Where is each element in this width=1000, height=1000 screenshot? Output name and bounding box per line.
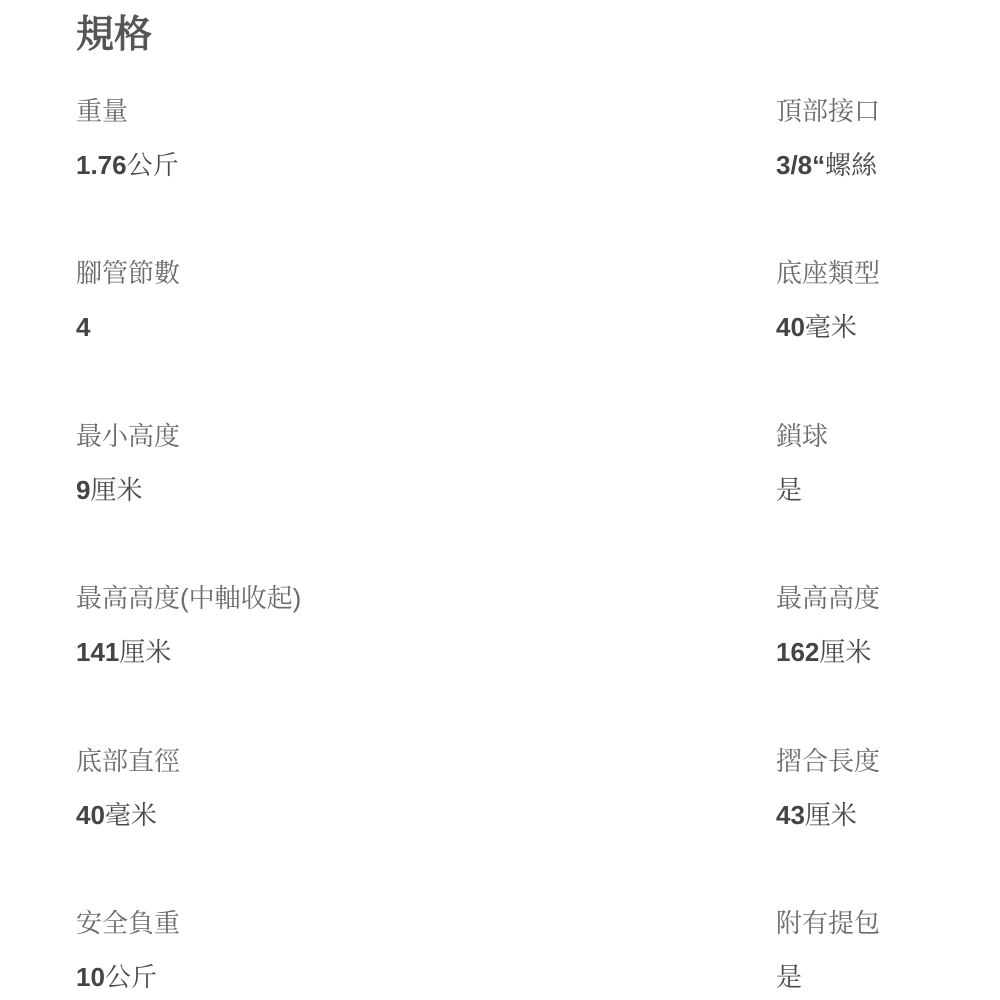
spec-value-number: 40 [76, 800, 105, 830]
spec-value: 162厘米 [776, 635, 880, 669]
spec-value-unit: 厘米 [90, 475, 142, 505]
spec-value-number: 4 [76, 312, 90, 342]
spec-value: 9厘米 [76, 473, 180, 507]
spec-value-number: 10 [76, 962, 105, 992]
spec-value: 1.76公斤 [76, 148, 179, 182]
spec-carry-bag-included: 附有提包 是 [776, 906, 880, 994]
spec-label: 底座類型 [776, 256, 880, 290]
spec-value-unit: 厘米 [119, 637, 171, 667]
spec-label: 最小高度 [76, 419, 180, 453]
spec-label: 鎖球 [776, 419, 828, 453]
spec-max-height-column-retracted: 最高高度(中軸收起) 141厘米 [76, 581, 301, 669]
spec-value: 40毫米 [776, 310, 880, 344]
spec-min-height: 最小高度 9厘米 [76, 419, 180, 507]
spec-safe-load: 安全負重 10公斤 [76, 906, 180, 994]
spec-value: 是 [776, 960, 880, 994]
spec-ball-lock: 鎖球 是 [776, 419, 828, 507]
spec-value-unit: 毫米 [105, 800, 157, 830]
spec-top-mount: 頂部接口 3/8“螺絲 [776, 94, 880, 182]
spec-value: 是 [776, 473, 828, 507]
spec-value-number: 1.76 [76, 150, 127, 180]
spec-value-unit: 是 [776, 475, 802, 505]
spec-base-type: 底座類型 40毫米 [776, 256, 880, 344]
spec-value-unit: 厘米 [805, 800, 857, 830]
spec-value-number: 141 [76, 637, 119, 667]
spec-value-unit: 是 [776, 962, 802, 992]
spec-label: 重量 [76, 94, 179, 128]
spec-label: 附有提包 [776, 906, 880, 940]
spec-value: 3/8“螺絲 [776, 148, 880, 182]
spec-value: 4 [76, 310, 180, 344]
spec-weight: 重量 1.76公斤 [76, 94, 179, 182]
spec-label: 摺合長度 [776, 744, 880, 778]
spec-value-number: 9 [76, 475, 90, 505]
spec-label: 最高高度(中軸收起) [76, 581, 301, 615]
spec-value-unit: 螺絲 [825, 150, 877, 180]
spec-max-height: 最高高度 162厘米 [776, 581, 880, 669]
page-title: 規格 [76, 10, 152, 60]
spec-label: 頂部接口 [776, 94, 880, 128]
spec-value-unit: 毫米 [805, 312, 857, 342]
spec-value-number: 3/8“ [776, 150, 825, 180]
spec-value-number: 40 [776, 312, 805, 342]
spec-label: 腳管節數 [76, 256, 180, 290]
spec-value-number: 162 [776, 637, 819, 667]
spec-folded-length: 摺合長度 43厘米 [776, 744, 880, 832]
spec-label: 最高高度 [776, 581, 880, 615]
spec-value: 10公斤 [76, 960, 180, 994]
spec-value: 141厘米 [76, 635, 301, 669]
spec-value: 40毫米 [76, 798, 180, 832]
spec-leg-sections: 腳管節數 4 [76, 256, 180, 344]
spec-label: 底部直徑 [76, 744, 180, 778]
spec-label: 安全負重 [76, 906, 180, 940]
spec-value: 43厘米 [776, 798, 880, 832]
spec-value-unit: 公斤 [105, 962, 157, 992]
spec-value-unit: 公斤 [127, 150, 179, 180]
spec-value-unit: 厘米 [819, 637, 871, 667]
spec-base-diameter: 底部直徑 40毫米 [76, 744, 180, 832]
spec-value-number: 43 [776, 800, 805, 830]
